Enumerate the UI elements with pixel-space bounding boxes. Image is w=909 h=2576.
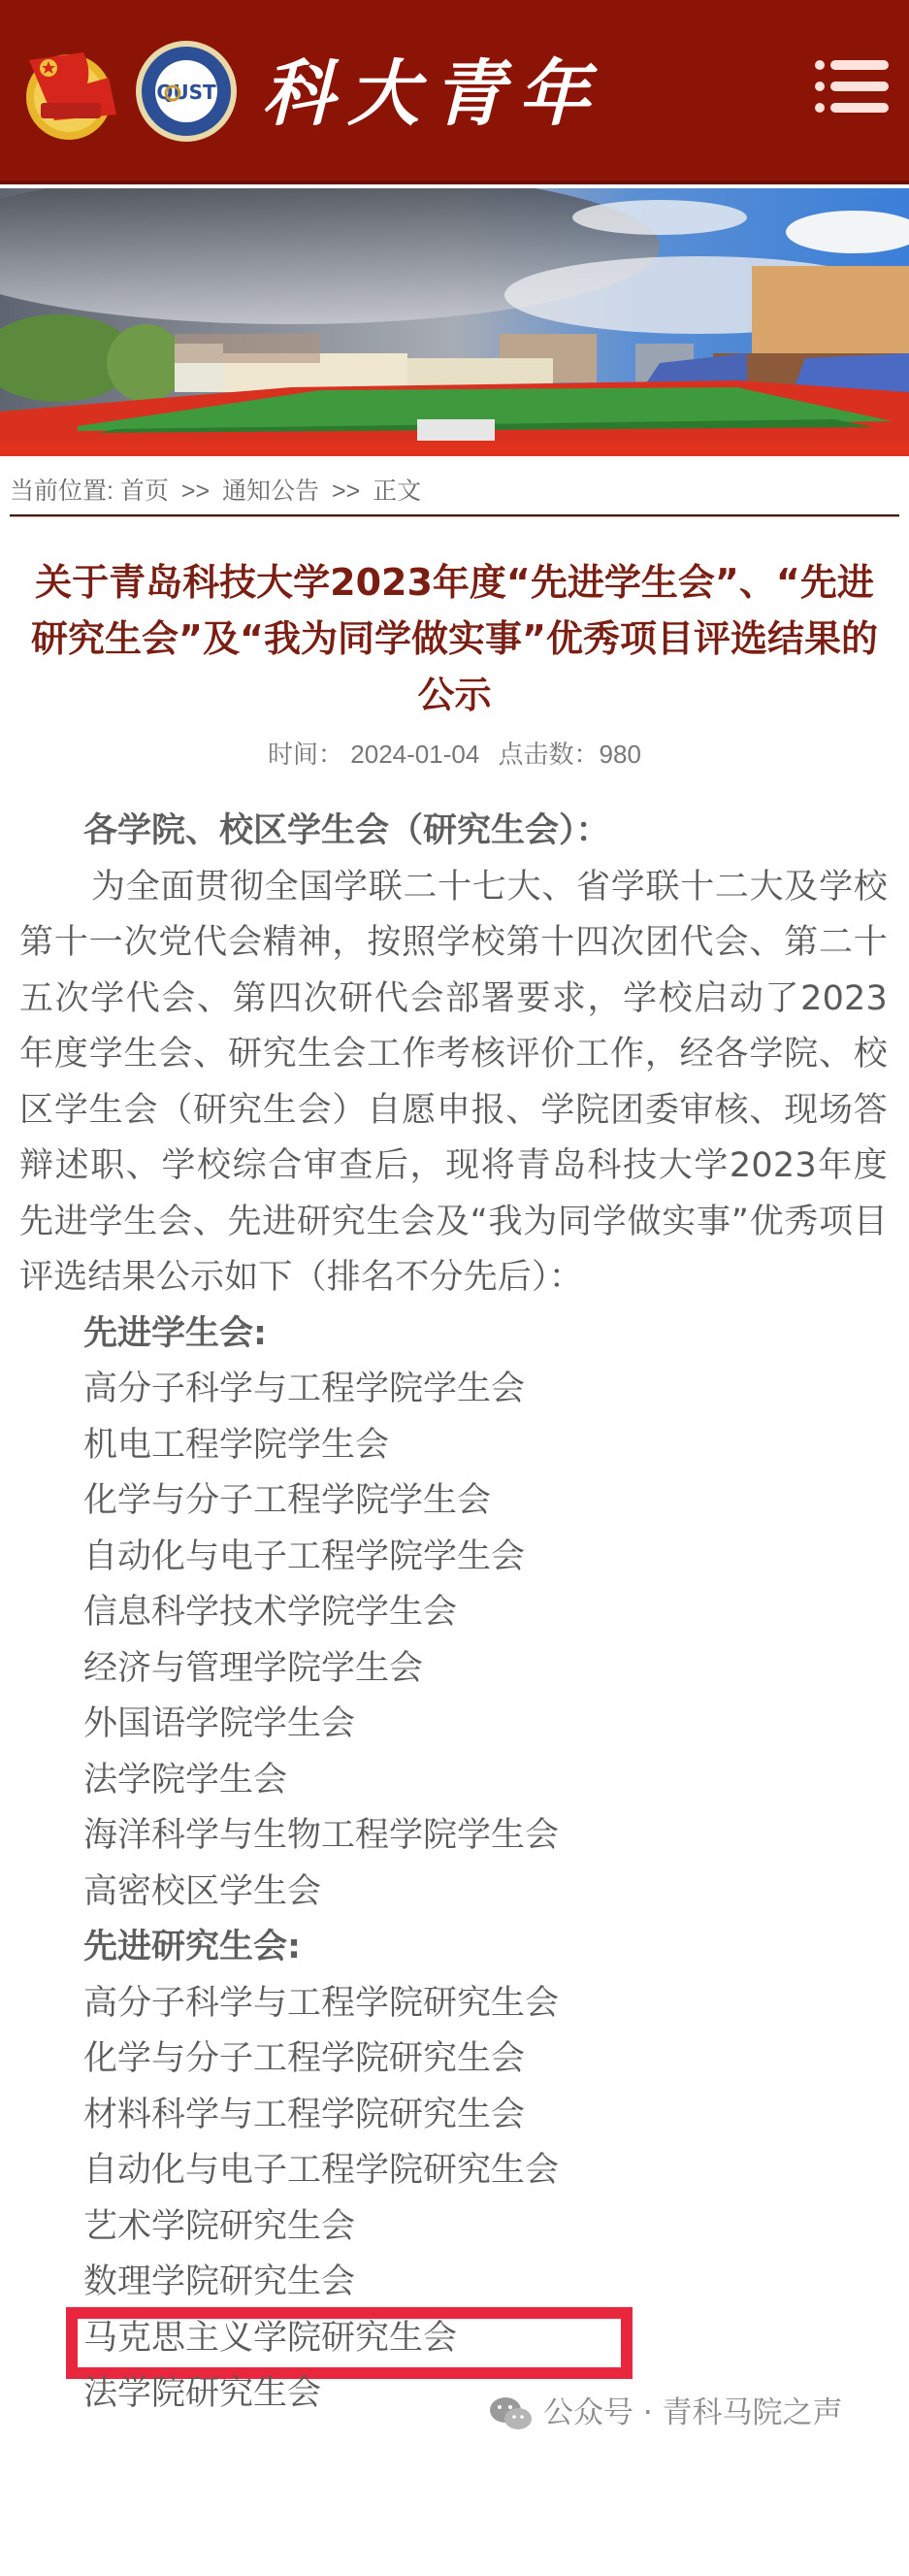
list-item: 自动化与电子工程学院研究生会 — [19, 2143, 888, 2199]
last-item-wrapper: 法学院研究生会 公众号 · 青科马院之声 — [19, 2366, 888, 2423]
breadcrumb-home[interactable]: 首页 — [120, 478, 169, 505]
intro-paragraph: 为全面贯彻全国学联二十七大、省学联十二大及学校第十一次党代会精神，按照学校第十四… — [19, 860, 888, 1306]
list-item: 艺术学院研究生会 — [19, 2199, 888, 2256]
qust-seal-icon[interactable]: QUST — [134, 39, 239, 144]
publish-date: 2024-01-04 — [350, 740, 479, 769]
breadcrumb: 当前位置: 首页 >> 通知公告 >> 正文 — [0, 456, 909, 514]
breadcrumb-separator: >> — [332, 478, 360, 505]
section-heading-student-union: 先进学生会: — [19, 1306, 888, 1363]
section-heading-graduate-union: 先进研究生会: — [19, 1920, 888, 1976]
list-item: 法学院学生会 — [19, 1753, 888, 1809]
salutation: 各学院、校区学生会（研究生会）： — [19, 804, 888, 860]
breadcrumb-current: 正文 — [373, 478, 421, 505]
article-body: 各学院、校区学生会（研究生会）： 为全面贯彻全国学联二十七大、省学联十二大及学校… — [0, 804, 909, 2423]
list-item: 信息科学技术学院学生会 — [19, 1585, 888, 1641]
watermark: 公众号 · 青科马院之声 — [489, 2386, 843, 2442]
clicks-label: 点击数：980 — [499, 740, 641, 769]
campus-banner-image — [0, 188, 909, 456]
time-label: 时间： 2024-01-04 — [268, 740, 479, 769]
breadcrumb-separator: >> — [181, 478, 210, 505]
list-item: 外国语学院学生会 — [19, 1697, 888, 1753]
list-item: 高密校区学生会 — [19, 1865, 888, 1921]
list-item: 经济与管理学院学生会 — [19, 1641, 888, 1698]
list-item: 化学与分子工程学院研究生会 — [19, 2031, 888, 2088]
article-meta: 时间： 2024-01-04 点击数：980 — [0, 735, 909, 771]
list-item: 机电工程学院学生会 — [19, 1418, 888, 1474]
menu-line-icon — [815, 60, 889, 70]
list-item: 化学与分子工程学院学生会 — [19, 1473, 888, 1530]
menu-button[interactable] — [815, 60, 889, 122]
list-item: 高分子科学与工程学院学生会 — [19, 1362, 888, 1418]
breadcrumb-notices[interactable]: 通知公告 — [222, 478, 319, 505]
highlighted-item-wrapper: 马克思主义学院研究生会 — [19, 2311, 888, 2367]
list-item: 数理学院研究生会 — [19, 2255, 888, 2311]
site-title[interactable]: 科大青年 — [262, 50, 603, 138]
list-item: 海洋科学与生物工程学院学生会 — [19, 1808, 888, 1865]
watermark-text: 公众号 · 青科马院之声 — [543, 2386, 843, 2442]
wechat-icon — [489, 2394, 534, 2433]
list-item: 高分子科学与工程学院研究生会 — [19, 1976, 888, 2032]
click-count: 980 — [600, 740, 641, 769]
list-item-highlighted: 马克思主义学院研究生会 — [19, 2311, 888, 2367]
menu-line-icon — [815, 103, 889, 113]
site-header: QUST 科大青年 — [0, 0, 909, 184]
youth-league-emblem-icon[interactable] — [16, 39, 122, 144]
list-item: 自动化与电子工程学院学生会 — [19, 1530, 888, 1586]
article-title: 关于青岛科技大学2023年度“先进学生会”、“先进研究生会”及“我为同学做实事”… — [0, 554, 909, 723]
breadcrumb-prefix: 当前位置: — [10, 478, 114, 505]
list-item: 材料科学与工程学院研究生会 — [19, 2088, 888, 2144]
breadcrumb-divider — [10, 514, 899, 517]
menu-line-icon — [815, 82, 889, 91]
